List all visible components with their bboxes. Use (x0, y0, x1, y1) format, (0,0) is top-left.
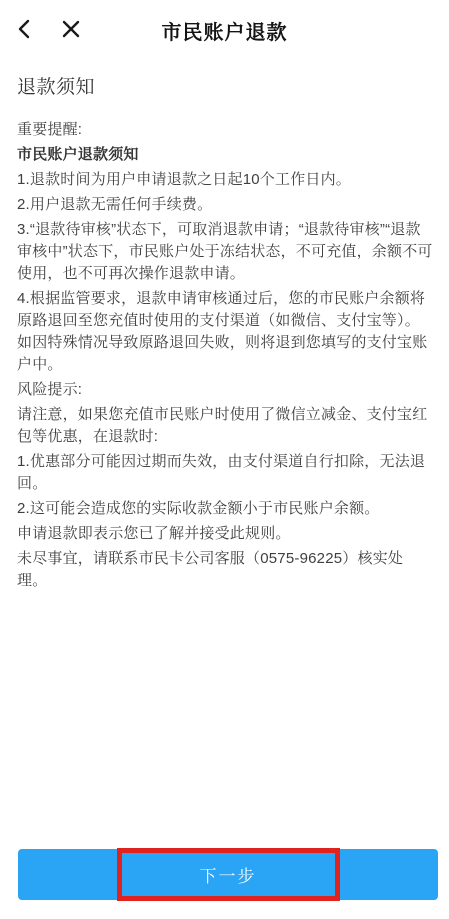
nav-bar: 市民账户退款 (0, 0, 449, 58)
notice-paragraph: 未尽事宜，请联系市民卡公司客服（0575-96225）核实处理。 (17, 548, 433, 592)
refund-notice-text: 重要提醒:市民账户退款须知1.退款时间为用户申请退款之日起10个工作日内。2.用… (17, 119, 433, 592)
page-title: 市民账户退款 (0, 16, 449, 45)
notice-paragraph: 申请退款即表示您已了解并接受此规则。 (17, 523, 433, 545)
refund-notice-screen: { "header": { "title": "市民账户退款", "back_i… (0, 0, 449, 919)
notice-paragraph: 4.根据监管要求，退款申请审核通过后，您的市民账户余额将原路退回至您充值时使用的… (17, 288, 433, 376)
notice-paragraph: 重要提醒: (17, 119, 433, 141)
notice-paragraph: 1.退款时间为用户申请退款之日起10个工作日内。 (17, 169, 433, 191)
notice-paragraph: 市民账户退款须知 (17, 144, 433, 166)
notice-paragraph: 3.“退款待审核”状态下，可取消退款申请；“退款待审核”“退款审核中”状态下，市… (17, 219, 433, 285)
notice-paragraph: 2.这可能会造成您的实际收款金额小于市民账户余额。 (17, 498, 433, 520)
notice-paragraph: 请注意，如果您充值市民账户时使用了微信立减金、支付宝红包等优惠，在退款时: (17, 404, 433, 448)
notice-paragraph: 风险提示: (17, 379, 433, 401)
notice-paragraph: 2.用户退款无需任何手续费。 (17, 194, 433, 216)
section-heading-refund-notice: 退款须知 (17, 72, 433, 99)
content-area: 退款须知 重要提醒:市民账户退款须知1.退款时间为用户申请退款之日起10个工作日… (17, 72, 433, 595)
notice-paragraph: 1.优惠部分可能因过期而失效，由支付渠道自行扣除，无法退回。 (17, 451, 433, 495)
next-step-button[interactable]: 下一步 (18, 849, 438, 900)
